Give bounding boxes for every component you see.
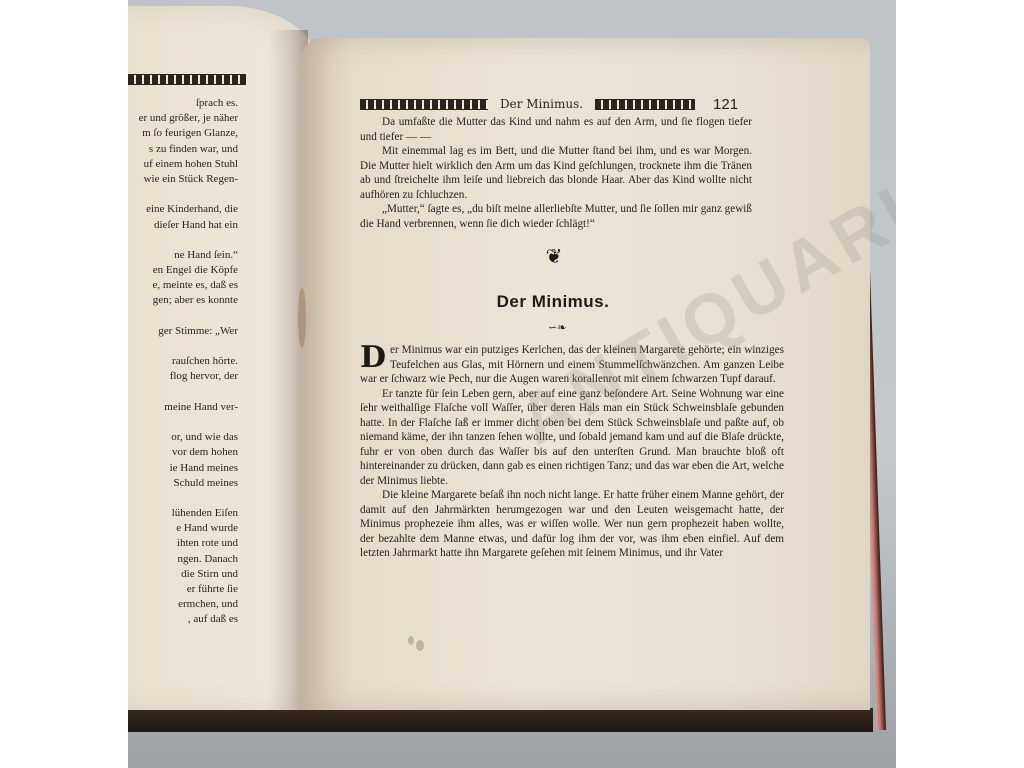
book-cover	[128, 708, 873, 732]
left-page-line: e, meinte es, daß es	[128, 278, 238, 293]
left-page-line: e Hand wurde	[128, 521, 238, 536]
left-page-line	[128, 415, 238, 430]
chapter-title: Der Minimus.	[453, 292, 653, 312]
left-page-line: uf einem hohen Stuhl	[128, 157, 238, 172]
previous-story-text: Da umfaßte die Mutter das Kind und nahm …	[360, 115, 752, 231]
left-page-line: vor dem hohen	[128, 445, 238, 460]
left-page-line: ie Hand meines	[128, 461, 238, 476]
left-page-text: ſprach es.er und größer, je näherm ſo fe…	[128, 96, 238, 628]
foxing-stain	[408, 636, 414, 645]
foxing-stain	[298, 288, 306, 348]
drop-cap: D	[360, 344, 386, 372]
small-ornament-icon: ∽❧	[548, 321, 566, 334]
running-head: Der Minimus. 121	[360, 95, 760, 113]
left-page-line: s zu finden war, und	[128, 142, 238, 157]
left-page-line: lühenden Eiſen	[128, 506, 238, 521]
left-page-line: or, und wie das	[128, 430, 238, 445]
left-page-line	[128, 385, 238, 400]
left-page-line	[128, 187, 238, 202]
left-page-line: ermchen, und	[128, 597, 238, 612]
left-page-line: wie ein Stück Regen-	[128, 172, 238, 187]
left-page-line: ger Stimme: „Wer	[128, 324, 238, 339]
paragraph: Da umfaßte die Mutter das Kind und nahm …	[360, 115, 752, 144]
left-page-line	[128, 491, 238, 506]
paragraph: Mit einemmal lag es im Bett, und die Mut…	[360, 144, 752, 202]
foxing-stain	[416, 640, 424, 651]
left-page-line: m ſo feurigen Glanze,	[128, 126, 238, 141]
ornament-band-icon	[360, 99, 488, 110]
left-page-line: eine Kinderhand, die	[128, 202, 238, 217]
fleuron-ornament-icon: ❦	[543, 244, 565, 268]
left-page-line: ſprach es.	[128, 96, 238, 111]
paragraph: Die kleine Margarete beſaß ihn noch nich…	[360, 488, 784, 561]
left-page-line: en Engel die Köpfe	[128, 263, 238, 278]
chapter-text: Der Minimus war ein putziges Kerlchen, d…	[360, 343, 784, 561]
left-page-line	[128, 233, 238, 248]
page-number: 121	[713, 96, 738, 113]
paragraph: Der Minimus war ein putziges Kerlchen, d…	[360, 343, 784, 387]
left-page-line	[128, 309, 238, 324]
left-page-line: ihten rote und	[128, 536, 238, 551]
left-page-line: gen; aber es konnte	[128, 293, 238, 308]
paragraph-text: er Minimus war ein putziges Kerlchen, da…	[360, 344, 784, 385]
left-page-line: , auf daß es	[128, 612, 238, 627]
left-page-line: flog hervor, der	[128, 369, 238, 384]
paragraph: Er tanzte für ſein Leben gern, aber auf …	[360, 387, 784, 489]
left-page-line: ngen. Danach	[128, 552, 238, 567]
left-page-line: er führte ſie	[128, 582, 238, 597]
running-title: Der Minimus.	[500, 97, 583, 111]
left-page-line: Schuld meines	[128, 476, 238, 491]
left-page-line: meine Hand ver-	[128, 400, 238, 415]
ornament-band-icon	[595, 99, 695, 110]
left-page-line: ne Hand ſein.“	[128, 248, 238, 263]
left-page-line: dieſer Hand hat ein	[128, 218, 238, 233]
left-running-head-ornament	[128, 74, 246, 85]
left-page-line	[128, 339, 238, 354]
photo-backdrop: ſprach es.er und größer, je näherm ſo fe…	[128, 0, 896, 768]
left-page-line: die Stirn und	[128, 567, 238, 582]
left-page-line: rauſchen hörte.	[128, 354, 238, 369]
left-page-line: er und größer, je näher	[128, 111, 238, 126]
paragraph: „Mutter,“ ſagte es, „du biſt meine aller…	[360, 202, 752, 231]
